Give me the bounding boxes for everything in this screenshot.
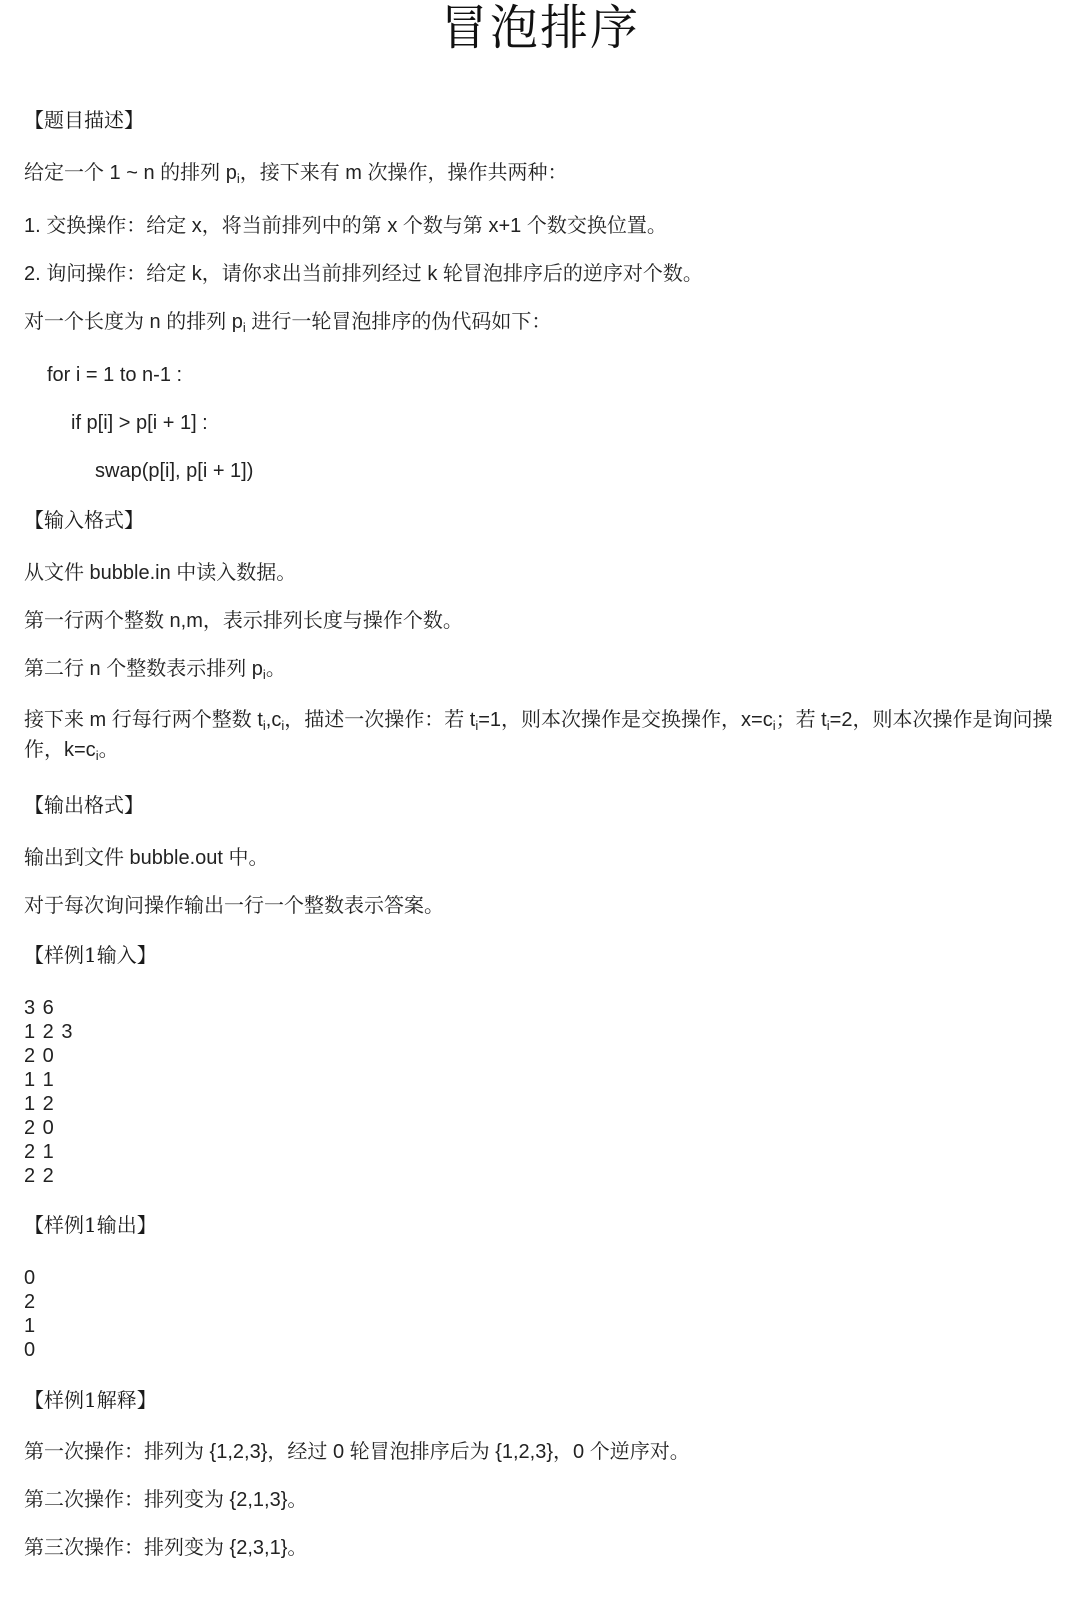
sample-input-line: 2 1 [24,1140,55,1164]
sample-output-line: 2 [24,1290,36,1314]
sample-output-line: 0 [24,1338,36,1362]
output-format-line-2: 对于每次询问操作输出一行一个整数表示答案。 [24,893,444,919]
description-intro: 给定一个 1 ~ n 的排列 pi，接下来有 m 次操作，操作共两种： [24,160,568,186]
sample-input-line: 2 0 [24,1116,55,1140]
sample-input-line: 1 1 [24,1068,55,1092]
sample-explanation-line: 第一次操作：排列为 {1,2,3}，经过 0 轮冒泡排序后为 {1,2,3}，0… [24,1439,690,1465]
sample-input-line: 2 0 [24,1044,55,1068]
sample-output-line: 0 [24,1266,36,1290]
problem-document: 冒泡排序 【题目描述】 给定一个 1 ~ n 的排列 pi，接下来有 m 次操作… [0,0,1080,1618]
section-heading-sample-input: 【样例1输入】 [24,942,157,968]
sample-input-line: 1 2 [24,1092,55,1116]
sample-input-line: 3 6 [24,996,55,1020]
section-heading-description: 【题目描述】 [24,107,144,133]
section-heading-input-format: 【输入格式】 [24,507,144,533]
pseudocode-line-1: for i = 1 to n-1 : [47,362,182,388]
sample-explanation-line: 第二次操作：排列变为 {2,1,3}。 [24,1487,307,1513]
input-format-line-3: 第二行 n 个整数表示排列 pi。 [24,656,286,682]
section-heading-sample-output: 【样例1输出】 [24,1212,157,1238]
sample-output-line: 1 [24,1314,36,1338]
pseudocode-line-3: swap(p[i], p[i + 1]) [95,458,253,484]
input-format-line-1: 从文件 bubble.in 中读入数据。 [24,560,296,586]
pseudocode-intro: 对一个长度为 n 的排列 pi 进行一轮冒泡排序的伪代码如下： [24,309,551,335]
operation-query-description: 2. 询问操作：给定 k，请你求出当前排列经过 k 轮冒泡排序后的逆序对个数。 [24,261,703,287]
operation-swap-description: 1. 交换操作：给定 x，将当前排列中的第 x 个数与第 x+1 个数交换位置。 [24,213,667,239]
page-title: 冒泡排序 [0,0,1080,56]
input-format-line-4: 接下来 m 行每行两个整数 ti,ci，描述一次操作：若 ti=1，则本次操作是… [24,705,1054,765]
output-format-line-1: 输出到文件 bubble.out 中。 [24,845,269,871]
pseudocode-line-2: if p[i] > p[i + 1] : [71,410,208,436]
section-heading-sample-explanation: 【样例1解释】 [24,1387,157,1413]
section-heading-output-format: 【输出格式】 [24,792,144,818]
sample-explanation-line: 第三次操作：排列变为 {2,3,1}。 [24,1535,307,1561]
sample-input-line: 2 2 [24,1164,55,1188]
sample-input-line: 1 2 3 [24,1020,73,1044]
input-format-line-2: 第一行两个整数 n,m，表示排列长度与操作个数。 [24,608,463,634]
